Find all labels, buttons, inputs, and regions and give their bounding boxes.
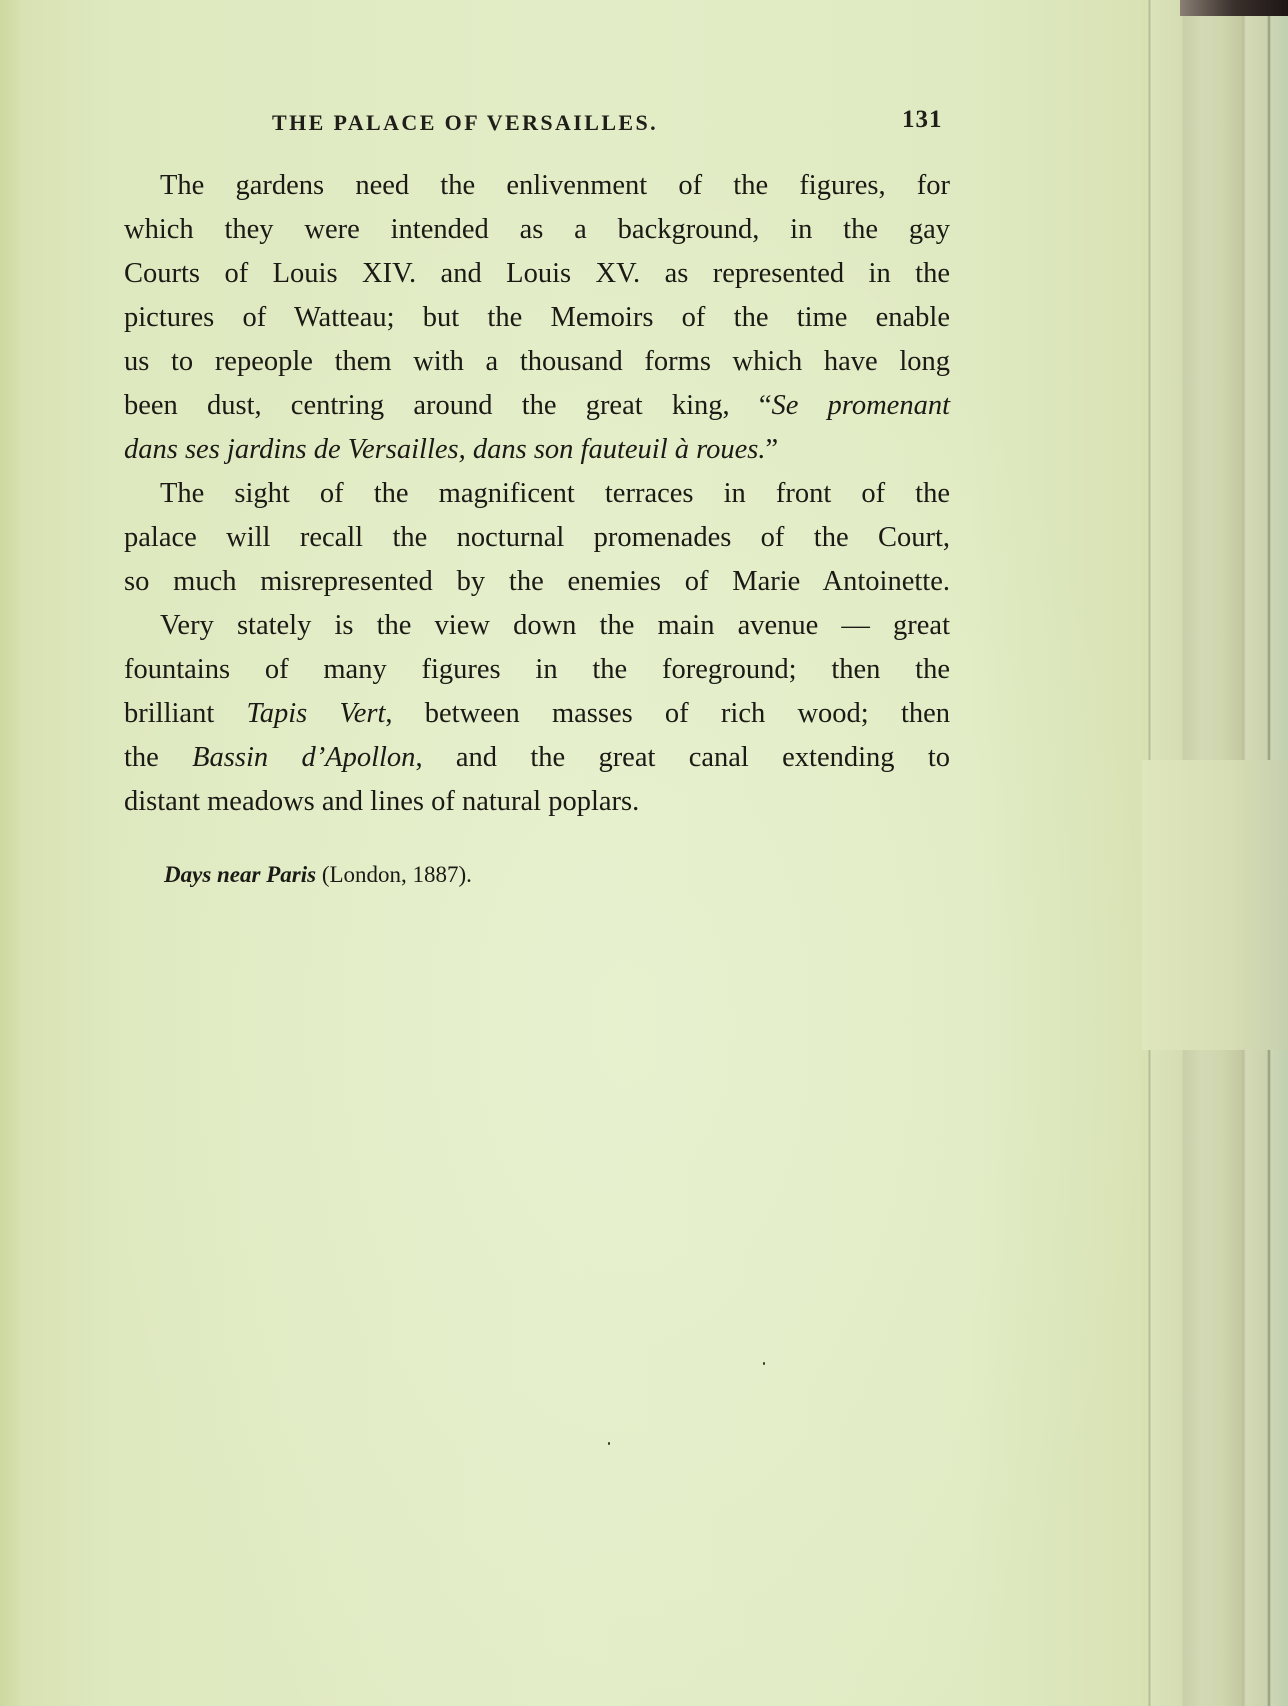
text-run: been dust, centring around the great kin… xyxy=(124,390,771,421)
text-line: The gardens need the enlivenment of the … xyxy=(124,164,950,208)
text-line: palace will recall the nocturnal promena… xyxy=(124,516,950,560)
text-line: Very stately is the view down the main a… xyxy=(124,604,950,648)
citation-title: Days near Paris xyxy=(164,862,316,887)
text-run: ” xyxy=(766,434,779,465)
text-line: the Bassin d’Apollon, and the great cana… xyxy=(124,736,950,780)
text-line: distant meadows and lines of natural pop… xyxy=(124,780,950,824)
text-run: , and the great canal extending to xyxy=(415,742,950,773)
text-line: so much misrepresented by the enemies of… xyxy=(124,560,950,604)
page-gutter-shadow xyxy=(0,0,22,1706)
text-run: the xyxy=(124,742,192,773)
paper-speck xyxy=(608,1442,610,1445)
page-number: 131 xyxy=(902,106,943,134)
text-line: which they were intended as a background… xyxy=(124,208,950,252)
source-citation: Days near Paris (London, 1887). xyxy=(164,862,472,888)
text-run: brilliant xyxy=(124,698,246,729)
text-line: brilliant Tapis Vert, between masses of … xyxy=(124,692,950,736)
book-page: THE PALACE OF VERSAILLES. 131 The garden… xyxy=(0,0,1142,1706)
text-line: dans ses jardins de Versailles, dans son… xyxy=(124,428,950,472)
italic-quotation: Se promenant xyxy=(771,390,950,421)
citation-details: (London, 1887). xyxy=(316,862,472,887)
paper-speck xyxy=(763,1362,765,1365)
italic-place-name: Tapis Vert xyxy=(246,698,385,729)
text-line: fountains of many figures in the foregro… xyxy=(124,648,950,692)
body-text: The gardens need the enlivenment of the … xyxy=(124,164,950,824)
page-stack-band xyxy=(1142,760,1288,1050)
text-run: , between masses of rich wood; then xyxy=(385,698,950,729)
italic-quotation: dans ses jardins de Versailles, dans son… xyxy=(124,434,766,465)
scan-border xyxy=(1180,0,1288,16)
text-line: pictures of Watteau; but the Memoirs of … xyxy=(124,296,950,340)
page-stack-edge xyxy=(1142,0,1288,1706)
italic-place-name: Bassin d’Apollon xyxy=(192,742,415,773)
text-line: us to repeople them with a thousand form… xyxy=(124,340,950,384)
text-line: been dust, centring around the great kin… xyxy=(124,384,950,428)
text-line: The sight of the magnificent terraces in… xyxy=(124,472,950,516)
text-line: Courts of Louis XIV. and Louis XV. as re… xyxy=(124,252,950,296)
running-head: THE PALACE OF VERSAILLES. xyxy=(272,110,658,136)
